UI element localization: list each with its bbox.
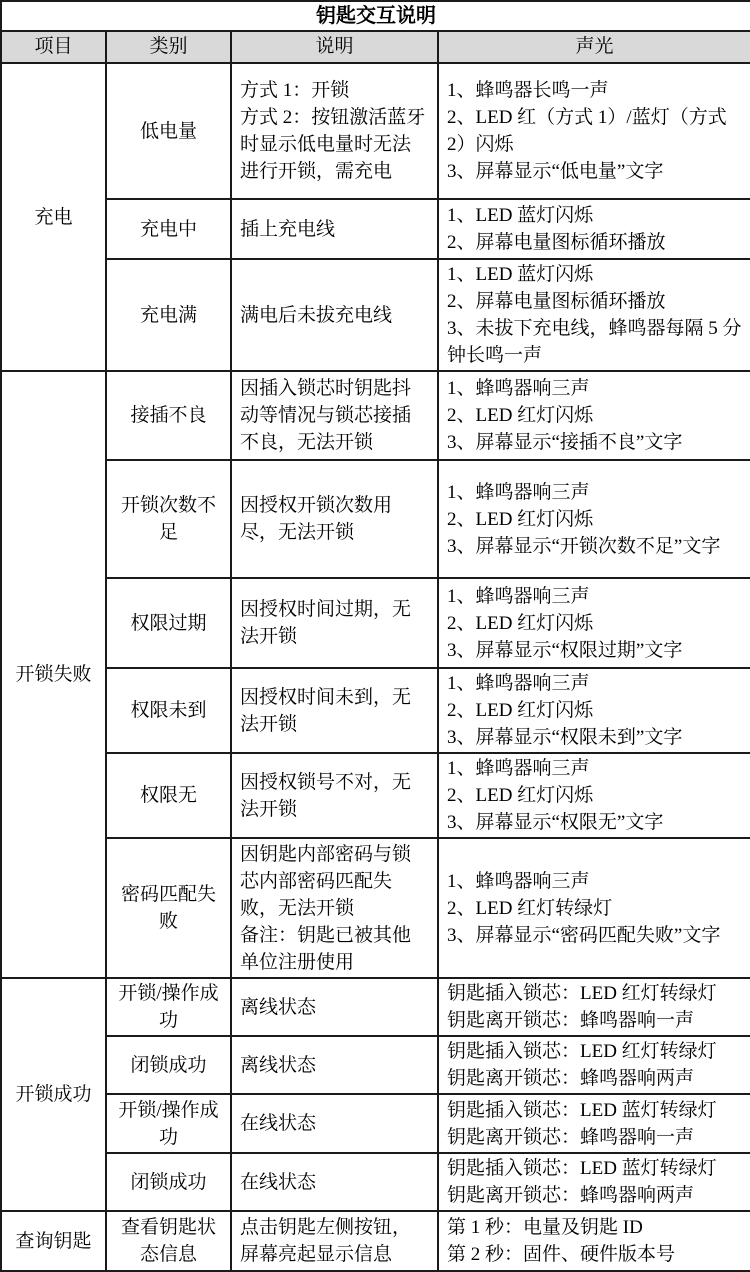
category-cell: 开锁/操作成功: [106, 978, 231, 1036]
sound-light-cell: 1、蜂鸣器响三声 2、LED 红灯闪烁 3、屏幕显示“权限无”文字: [438, 753, 750, 838]
sound-light-cell: 1、LED 蓝灯闪烁 2、屏幕电量图标循环播放: [438, 199, 750, 259]
table-row: 开锁/操作成功 在线状态 钥匙插入锁芯：LED 蓝灯转绿灯 钥匙离开锁芯：蜂鸣器…: [1, 1094, 750, 1153]
description-cell: 因授权锁号不对，无法开锁: [231, 753, 438, 838]
sound-light-cell: 1、蜂鸣器响三声 2、LED 红灯闪烁 3、屏幕显示“开锁次数不足”文字: [438, 460, 750, 578]
sound-light-cell: 钥匙插入锁芯：LED 蓝灯转绿灯 钥匙离开锁芯：蜂鸣器响一声: [438, 1094, 750, 1153]
table-row: 充电中 插上充电线 1、LED 蓝灯闪烁 2、屏幕电量图标循环播放: [1, 199, 750, 259]
table-row: 权限未到 因授权时间未到，无法开锁 1、蜂鸣器响三声 2、LED 红灯闪烁 3、…: [1, 668, 750, 753]
category-cell: 充电中: [106, 199, 231, 259]
category-cell: 接插不良: [106, 371, 231, 460]
description-cell: 因授权时间未到，无法开锁: [231, 668, 438, 753]
table-title-row: 钥匙交互说明: [1, 1, 750, 31]
item-cell-charging: 充电: [1, 63, 106, 371]
table-row: 开锁次数不足 因授权开锁次数用尽，无法开锁 1、蜂鸣器响三声 2、LED 红灯闪…: [1, 460, 750, 578]
table-row: 开锁失败 接插不良 因插入锁芯时钥匙抖动等情况与锁芯接插不良，无法开锁 1、蜂鸣…: [1, 371, 750, 460]
description-cell: 离线状态: [231, 1036, 438, 1094]
table-row: 密码匹配失败 因钥匙内部密码与锁芯内部密码匹配失败，无法开锁 备注：钥匙已被其他…: [1, 838, 750, 978]
category-cell: 充电满: [106, 259, 231, 371]
description-cell: 在线状态: [231, 1094, 438, 1153]
col-header-item: 项目: [1, 31, 106, 63]
category-cell: 闭锁成功: [106, 1036, 231, 1094]
col-header-sound-light: 声光: [438, 31, 750, 63]
category-cell: 查看钥匙状态信息: [106, 1211, 231, 1271]
table-row: 权限过期 因授权时间过期，无法开锁 1、蜂鸣器响三声 2、LED 红灯闪烁 3、…: [1, 578, 750, 668]
table-row: 充电 低电量 方式 1：开锁 方式 2：按钮激活蓝牙 时显示低电量时无法进行开锁…: [1, 63, 750, 199]
item-cell-unlock-failed: 开锁失败: [1, 371, 106, 978]
table-row: 权限无 因授权锁号不对，无法开锁 1、蜂鸣器响三声 2、LED 红灯闪烁 3、屏…: [1, 753, 750, 838]
category-cell: 开锁次数不足: [106, 460, 231, 578]
sound-light-cell: 1、蜂鸣器响三声 2、LED 红灯转绿灯 3、屏幕显示“密码匹配失败”文字: [438, 838, 750, 978]
description-cell: 因授权开锁次数用尽，无法开锁: [231, 460, 438, 578]
description-cell: 离线状态: [231, 978, 438, 1036]
sound-light-cell: 1、蜂鸣器响三声 2、LED 红灯闪烁 3、屏幕显示“权限过期”文字: [438, 578, 750, 668]
table-row: 闭锁成功 在线状态 钥匙插入锁芯：LED 蓝灯转绿灯 钥匙离开锁芯：蜂鸣器响两声: [1, 1153, 750, 1211]
col-header-description: 说明: [231, 31, 438, 63]
description-cell: 插上充电线: [231, 199, 438, 259]
category-cell: 权限未到: [106, 668, 231, 753]
table-header-row: 项目 类别 说明 声光: [1, 31, 750, 63]
description-cell: 因授权时间过期，无法开锁: [231, 578, 438, 668]
sound-light-cell: 1、蜂鸣器长鸣一声 2、LED 红（方式 1）/蓝灯（方式 2）闪烁 3、屏幕显…: [438, 63, 750, 199]
sound-light-cell: 1、LED 蓝灯闪烁 2、屏幕电量图标循环播放 3、未拔下充电线，蜂鸣器每隔 5…: [438, 259, 750, 371]
key-interaction-table: 钥匙交互说明 项目 类别 说明 声光 充电 低电量 方式 1：开锁 方式 2：按…: [0, 0, 750, 1272]
description-cell: 点击钥匙左侧按钮，屏幕亮起显示信息: [231, 1211, 438, 1271]
col-header-category: 类别: [106, 31, 231, 63]
description-cell: 方式 1：开锁 方式 2：按钮激活蓝牙 时显示低电量时无法进行开锁，需充电: [231, 63, 438, 199]
category-cell: 密码匹配失败: [106, 838, 231, 978]
table-row: 开锁成功 开锁/操作成功 离线状态 钥匙插入锁芯：LED 红灯转绿灯 钥匙离开锁…: [1, 978, 750, 1036]
category-cell: 权限无: [106, 753, 231, 838]
sound-light-cell: 1、蜂鸣器响三声 2、LED 红灯闪烁 3、屏幕显示“权限未到”文字: [438, 668, 750, 753]
description-cell: 在线状态: [231, 1153, 438, 1211]
sound-light-cell: 第 1 秒：电量及钥匙 ID 第 2 秒：固件、硬件版本号: [438, 1211, 750, 1271]
category-cell: 开锁/操作成功: [106, 1094, 231, 1153]
category-cell: 闭锁成功: [106, 1153, 231, 1211]
description-cell: 因插入锁芯时钥匙抖动等情况与锁芯接插不良，无法开锁: [231, 371, 438, 460]
sound-light-cell: 1、蜂鸣器响三声 2、LED 红灯闪烁 3、屏幕显示“接插不良”文字: [438, 371, 750, 460]
sound-light-cell: 钥匙插入锁芯：LED 蓝灯转绿灯 钥匙离开锁芯：蜂鸣器响两声: [438, 1153, 750, 1211]
item-cell-query-key: 查询钥匙: [1, 1211, 106, 1271]
table-row: 闭锁成功 离线状态 钥匙插入锁芯：LED 红灯转绿灯 钥匙离开锁芯：蜂鸣器响两声: [1, 1036, 750, 1094]
sound-light-cell: 钥匙插入锁芯：LED 红灯转绿灯 钥匙离开锁芯：蜂鸣器响一声: [438, 978, 750, 1036]
item-cell-unlock-success: 开锁成功: [1, 978, 106, 1211]
category-cell: 权限过期: [106, 578, 231, 668]
table-row: 充电满 满电后未拔充电线 1、LED 蓝灯闪烁 2、屏幕电量图标循环播放 3、未…: [1, 259, 750, 371]
description-cell: 因钥匙内部密码与锁芯内部密码匹配失败，无法开锁 备注：钥匙已被其他单位注册使用: [231, 838, 438, 978]
table-title: 钥匙交互说明: [1, 1, 750, 31]
description-cell: 满电后未拔充电线: [231, 259, 438, 371]
table-row: 查询钥匙 查看钥匙状态信息 点击钥匙左侧按钮，屏幕亮起显示信息 第 1 秒：电量…: [1, 1211, 750, 1271]
category-cell: 低电量: [106, 63, 231, 199]
sound-light-cell: 钥匙插入锁芯：LED 红灯转绿灯 钥匙离开锁芯：蜂鸣器响两声: [438, 1036, 750, 1094]
